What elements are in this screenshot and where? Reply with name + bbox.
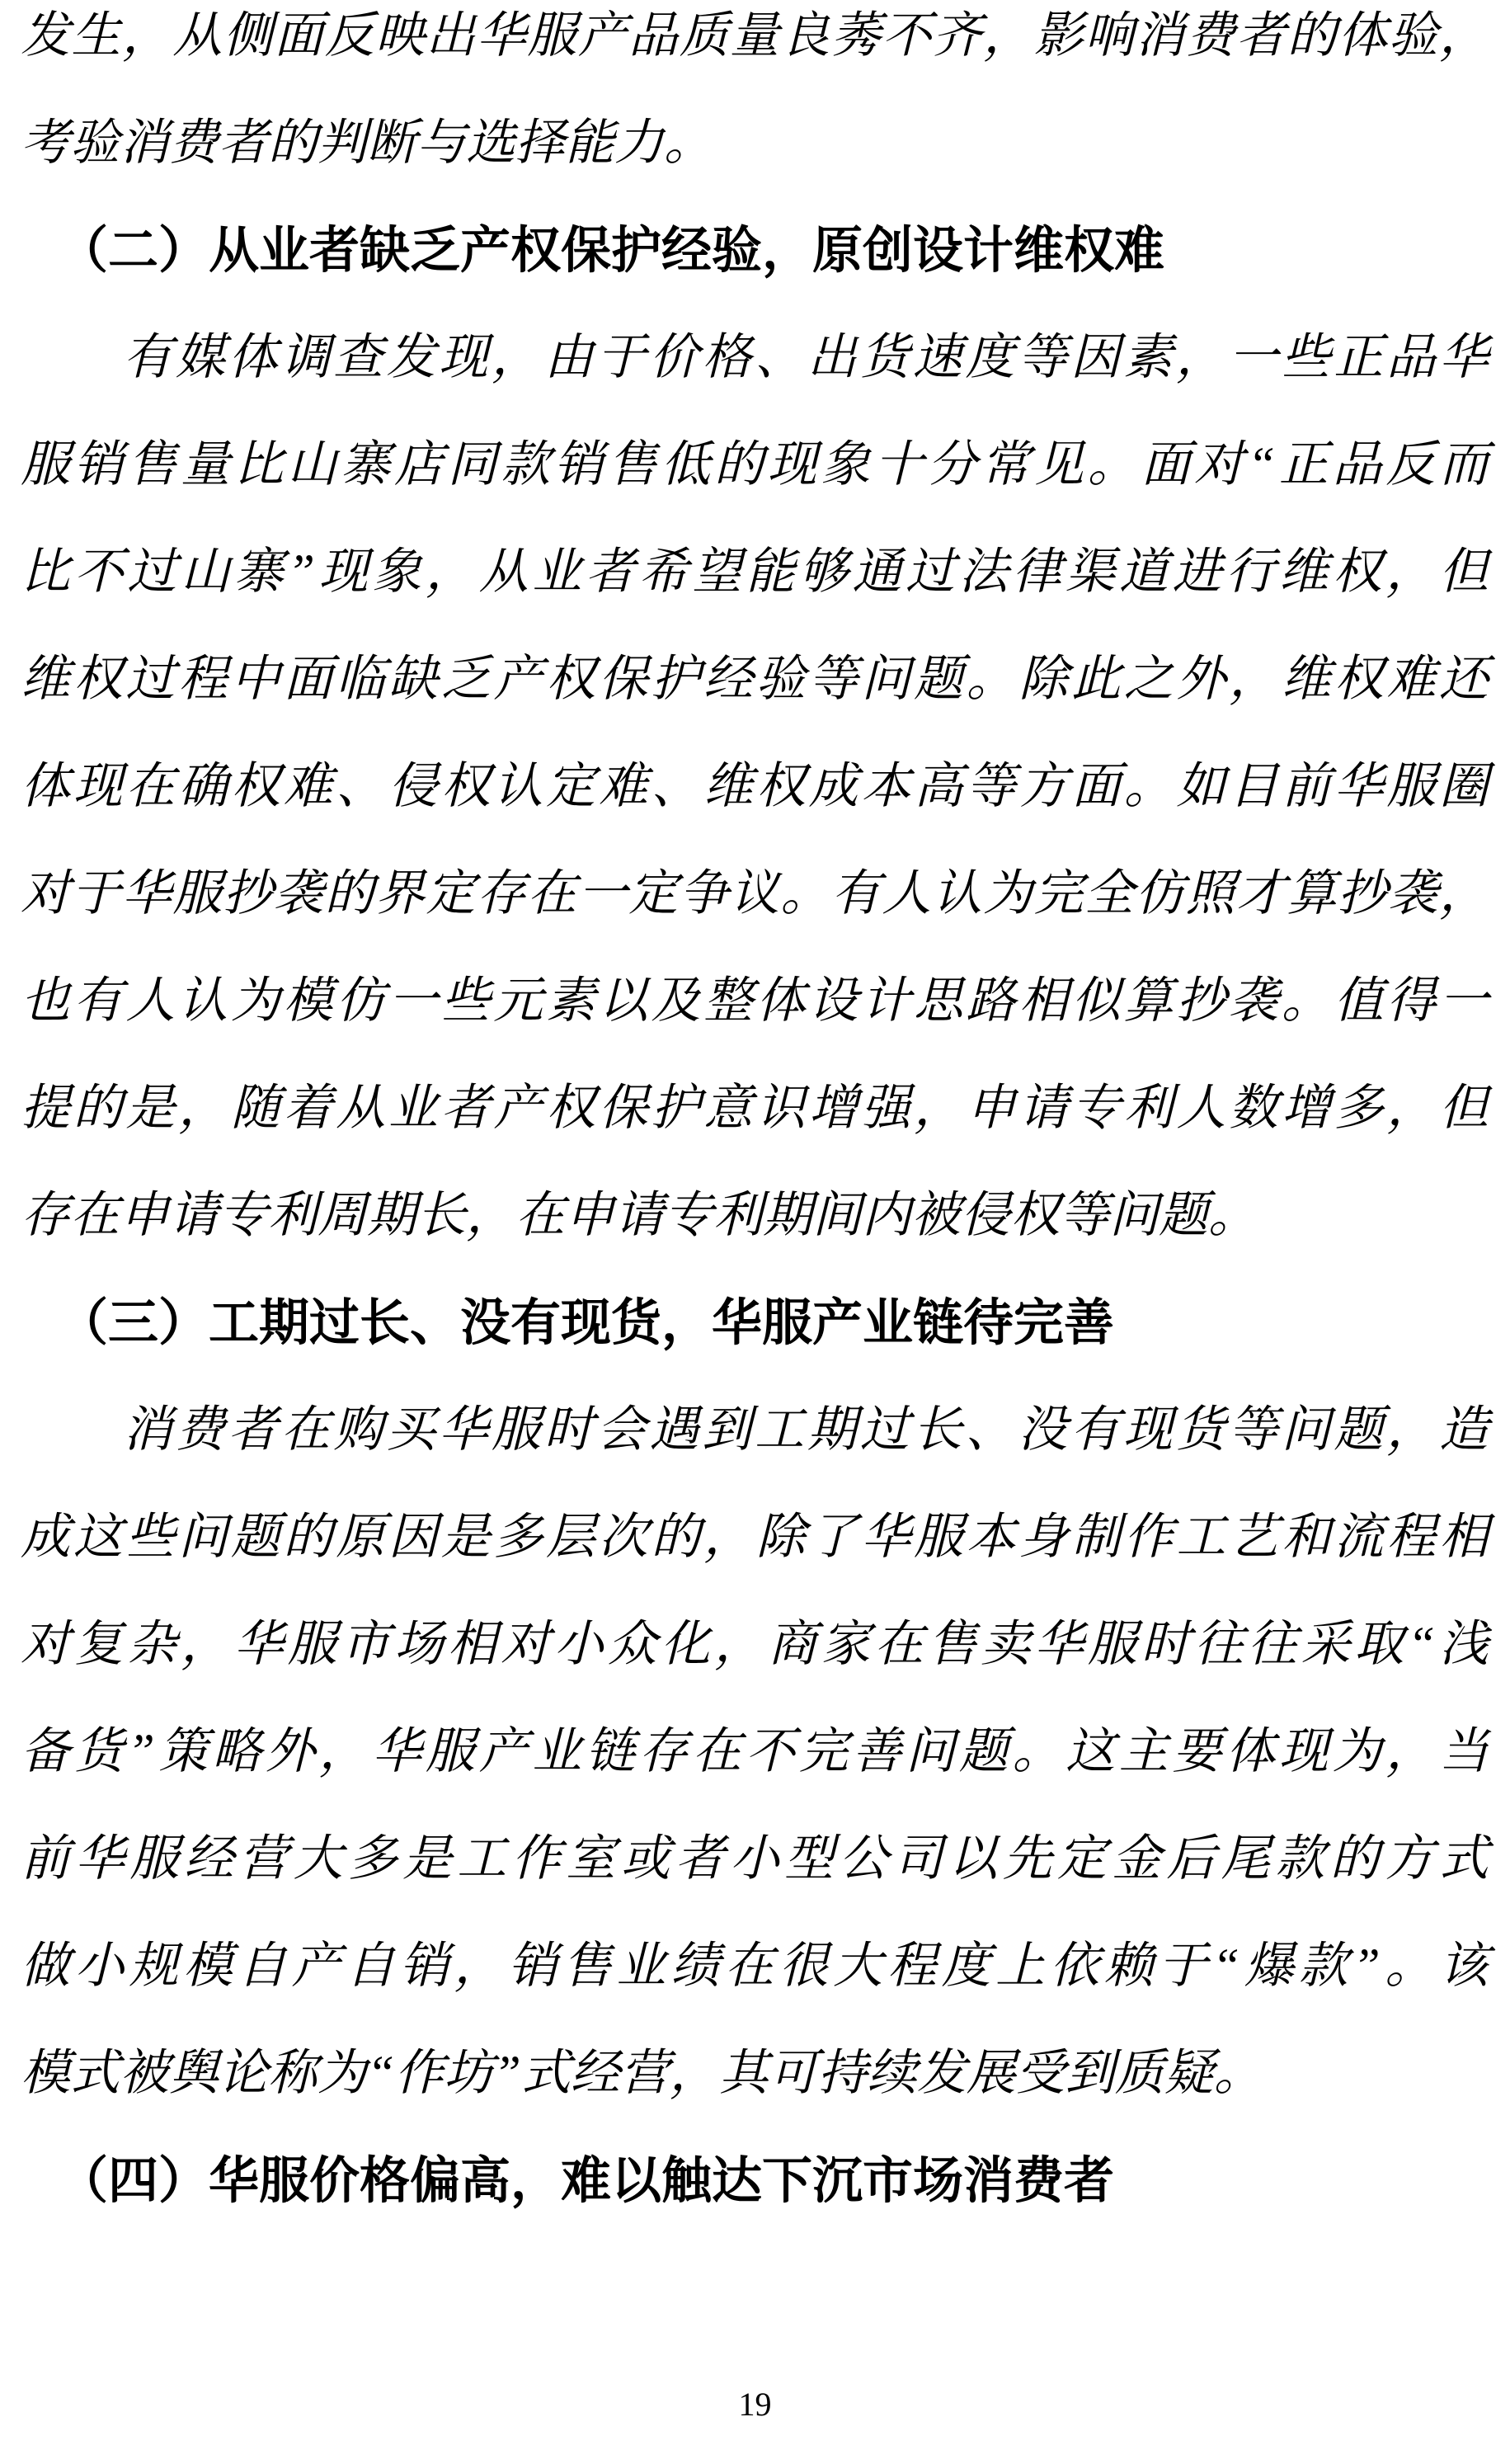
- paragraph-line: 模式被舆论称为“作坊”式经营，其可持续发展受到质疑。: [21, 2019, 1489, 2127]
- paragraph-line: 对于华服抄袭的界定存在一定争议。有人认为完全仿照才算抄袭，: [21, 840, 1489, 947]
- paragraph-line: 维权过程中面临缺乏产权保护经验等问题。除此之外，维权难还: [21, 625, 1489, 733]
- section-heading: （三）工期过长、没有现货，华服产业链待完善: [21, 1269, 1489, 1376]
- page-number: 19: [0, 2380, 1510, 2429]
- paragraph-line: 存在申请专利周期长，在申请专利期间内被侵权等问题。: [21, 1161, 1489, 1269]
- paragraph-line: 体现在确权难、侵权认定难、维权成本高等方面。如目前华服圈: [21, 733, 1489, 840]
- paragraph-line: 前华服经营大多是工作室或者小型公司以先定金后尾款的方式: [21, 1805, 1489, 1912]
- paragraph-line: 服销售量比山寨店同款销售低的现象十分常见。面对“正品反而: [21, 411, 1489, 518]
- paragraph-line: 对复杂，华服市场相对小众化，商家在售卖华服时往往采取“浅: [21, 1590, 1489, 1698]
- section-heading: （四）华服价格偏高，难以触达下沉市场消费者: [21, 2127, 1489, 2234]
- paragraph-line: 考验消费者的判断与选择能力。: [21, 89, 1489, 196]
- paragraph-line: 成这些问题的原因是多层次的，除了华服本身制作工艺和流程相: [21, 1483, 1489, 1590]
- document-page: 发生，从侧面反映出华服产品质量良莠不齐，影响消费者的体验， 考验消费者的判断与选…: [0, 0, 1510, 2464]
- paragraph-line: 有媒体调查发现，由于价格、出货速度等因素，一些正品华: [21, 304, 1489, 411]
- paragraph-line: 备货”策略外，华服产业链存在不完善问题。这主要体现为，当: [21, 1698, 1489, 1805]
- paragraph-line: 提的是，随着从业者产权保护意识增强，申请专利人数增多，但: [21, 1054, 1489, 1161]
- paragraph-line: 比不过山寨”现象，从业者希望能够通过法律渠道进行维权，但: [21, 518, 1489, 625]
- document-body: 发生，从侧面反映出华服产品质量良莠不齐，影响消费者的体验， 考验消费者的判断与选…: [21, 0, 1489, 2234]
- section-heading: （二）从业者缺乏产权保护经验，原创设计维权难: [21, 196, 1489, 304]
- paragraph-line: 消费者在购买华服时会遇到工期过长、没有现货等问题，造: [21, 1376, 1489, 1483]
- paragraph-line: 发生，从侧面反映出华服产品质量良莠不齐，影响消费者的体验，: [21, 0, 1489, 89]
- paragraph-line: 做小规模自产自销，销售业绩在很大程度上依赖于“爆款”。该: [21, 1912, 1489, 2019]
- paragraph-line: 也有人认为模仿一些元素以及整体设计思路相似算抄袭。值得一: [21, 947, 1489, 1054]
